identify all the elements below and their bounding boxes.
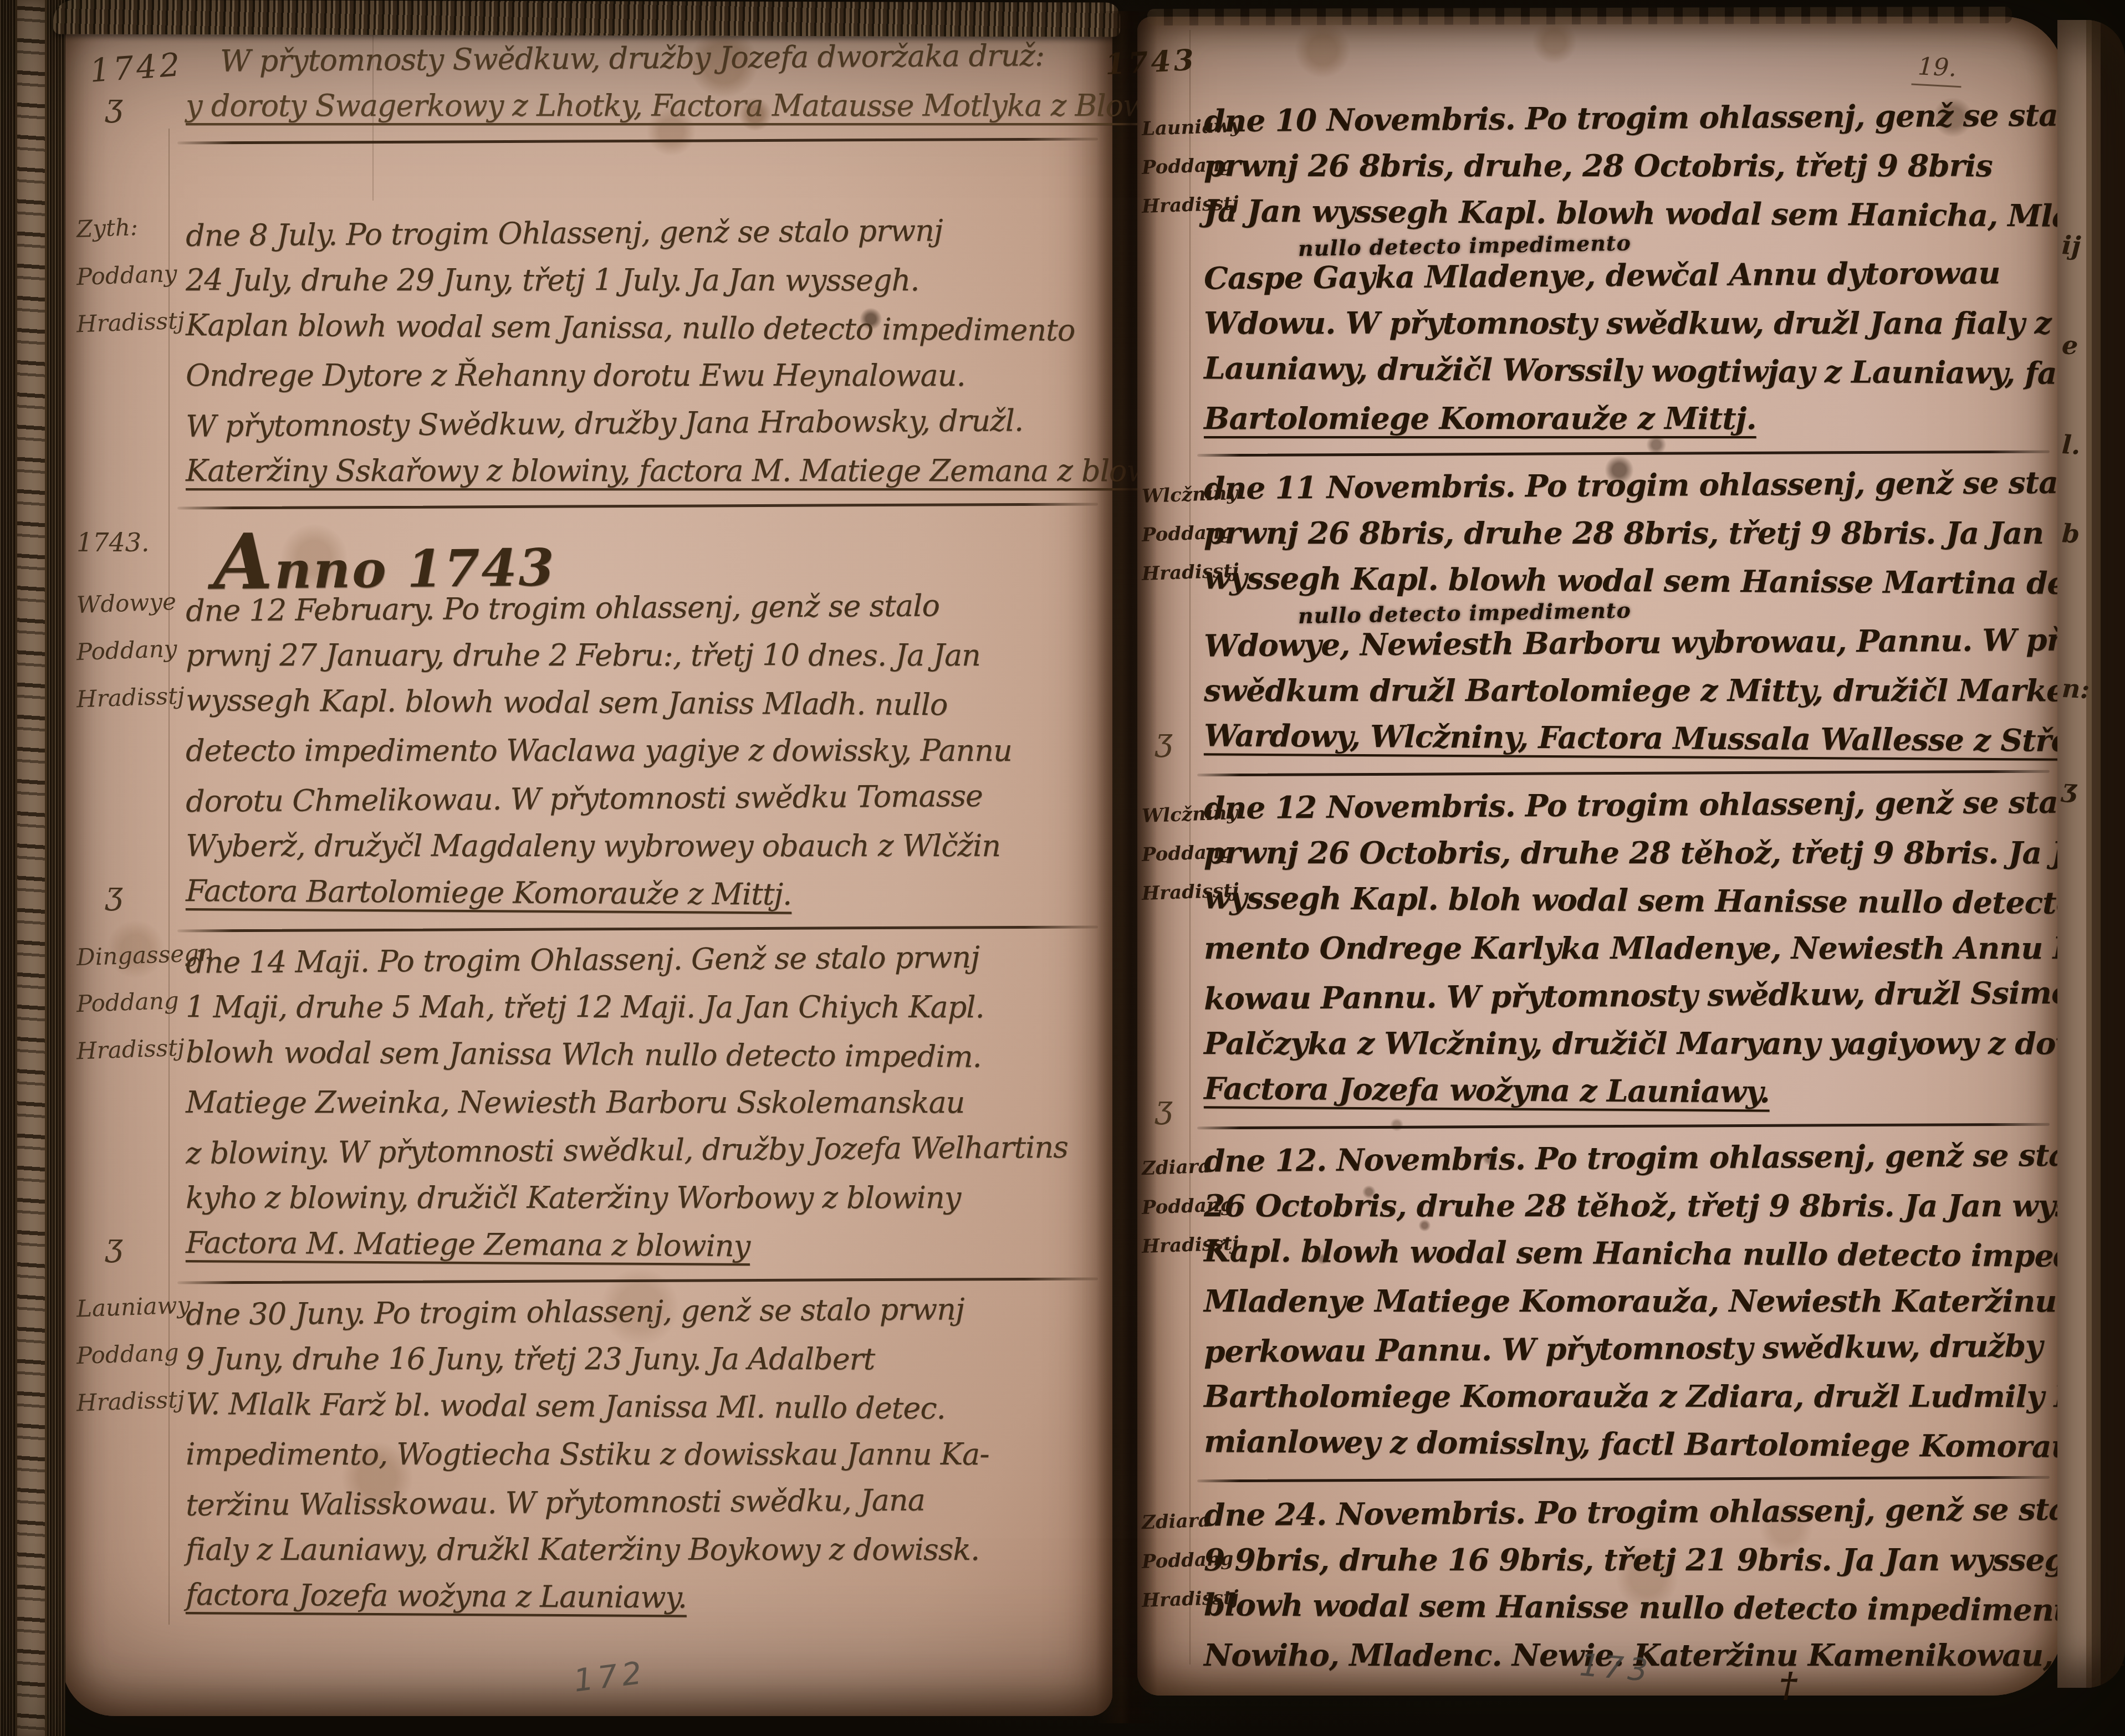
entry-lines: dne 8 July. Po trogim Ohlassenj, genž se…	[186, 209, 1112, 495]
register-entry: WlcžninyPoddangHradisstjʒdne 11 Novembri…	[1142, 462, 2064, 762]
folio-number: 19.	[1911, 52, 1963, 88]
entry-lines: dne 12. Novembris. Po trogim ohlassenj, …	[1204, 1134, 2064, 1468]
entry-line: dne 30 Juny. Po trogim ohlassenj, genž s…	[186, 1284, 1113, 1339]
entry-line: 26 Octobris, druhe 28 těhož, třetj 9 8br…	[1204, 1182, 2064, 1230]
register-entry: Zyth:PoddanyHradisstjdne 8 July. Po trog…	[72, 209, 1112, 495]
entry-line: dne 24. Novembris. Po trogim ohlassenj, …	[1204, 1486, 2065, 1539]
entry-line: Wdowye, Newiesth Barboru wybrowau, Pannu…	[1204, 616, 2065, 670]
margin-place-note: Hradisstj	[76, 1386, 185, 1417]
entry-line: wyssegh Kapl. blowh wodal sem Janiss Mla…	[186, 677, 1112, 730]
margin-mark: ʒ	[1155, 722, 1173, 758]
top-page-edges-right	[1147, 7, 2012, 25]
register-entry: LauniawyPoddangHradisstjdne 10 Novembris…	[1142, 94, 2064, 442]
entry-line: Mladenye Matiege Komorauža, Newiesth Kat…	[1204, 1277, 2064, 1325]
entry-line: Factora Bartolomiege Komorauže z Mittj.	[186, 867, 1112, 920]
entry-line: dne 14 Maji. Po trogim Ohlassenj. Genž s…	[186, 933, 1113, 987]
entry-line: mianlowey z domisslny, factl Bartolomieg…	[1204, 1417, 2064, 1470]
entry-lines: dne 12 Novembris. Po trogim ohlassenj, g…	[1204, 781, 2064, 1115]
fore-edge-ink-fragment: ij	[2061, 230, 2082, 261]
fore-edge-ink-fragment: n:	[2061, 673, 2091, 705]
entry-line: Bartolomiege Komorauže z Mittj.	[1204, 395, 2064, 442]
entry-line: blowh wodal sem Janissa Wlch nullo detec…	[186, 1028, 1112, 1082]
left-page: 1742 ʒW přytomnosty Swědkuw, družby Joze…	[62, 12, 1112, 1716]
right-page: 1743 19. LauniawyPoddangHradisstjdne 10 …	[1137, 17, 2064, 1696]
entry-lines: W přytomnosty Swědkuw, družby Jozefa dwo…	[186, 34, 1112, 130]
entry-line: 1 Maji, druhe 5 Mah, třetj 12 Maji. Ja J…	[186, 984, 1112, 1031]
margin-place-note: Zyth:	[76, 213, 139, 243]
margin-place-note: Wdowye	[76, 588, 176, 618]
entry-line: perkowau Pannu. W přytomnosty swědkuw, d…	[1204, 1322, 2065, 1376]
fore-edge-ink-fragment: ʒ	[2061, 773, 2077, 803]
entry-line: Bartholomiege Komorauža z Zdiara, družl …	[1204, 1373, 2064, 1420]
entry-separator-rule	[1197, 450, 2050, 457]
entry-line: Matiege Zweinka, Newiesth Barboru Sskole…	[186, 1079, 1112, 1126]
margin-place-note: Poddany	[76, 635, 177, 665]
entry-line: Wardowy, Wlcžniny, Factora Mussala Walle…	[1204, 711, 2064, 764]
entry-end-mark: †	[1779, 1665, 1797, 1705]
entry-line: kowau Pannu. W přytomnosty swědkuw, druž…	[1204, 969, 2065, 1023]
entry-line: Launiawy, družičl Worssily wogtiwjay z L…	[1204, 344, 2064, 397]
page-right-entries: LauniawyPoddangHradisstjdne 10 Novembris…	[1137, 17, 2064, 1679]
year-heading: 1743.Anno 1743	[72, 512, 1112, 582]
entry-line: dne 8 July. Po trogim Ohlassenj, genž se…	[186, 206, 1113, 260]
entry-separator-rule	[177, 137, 1098, 144]
year-label-right: 1743	[1105, 43, 1198, 82]
entry-line: blowh wodal sem Hanisse nullo detecto im…	[1204, 1581, 2064, 1633]
entry-line: prwnj 26 8bris, druhe 28 8bris, třetj 9 …	[1204, 509, 2064, 557]
entry-lines: dne 10 Novembris. Po trogim ohlassenj, g…	[1204, 94, 2064, 442]
year-label-left: 1742	[89, 45, 184, 90]
entry-lines: dne 12 February. Po trogim ohlassenj, ge…	[186, 584, 1112, 918]
entry-line: z blowiny. W přytomnosti swědkul, družby…	[186, 1123, 1113, 1177]
fore-edge-ink-fragment: e	[2061, 330, 2079, 360]
margin-place-note: Hradisstj	[76, 307, 185, 338]
entry-line: 24 July, druhe 29 Juny, třetj 1 July. Ja…	[186, 257, 1112, 304]
entry-line: dne 10 Novembris. Po trogim ohlassenj, g…	[1204, 91, 2065, 145]
entry-line: Kapl. blowh wodal sem Hanicha nullo dete…	[1204, 1227, 2064, 1279]
entry-separator-rule	[1197, 1123, 2050, 1130]
register-entry: ʒW přytomnosty Swědkuw, družby Jozefa dw…	[72, 34, 1112, 130]
register-entry: ZdiaraPoddangHradisstjdne 12. Novembris.…	[1142, 1134, 2064, 1468]
entry-separator-rule	[177, 1277, 1098, 1284]
margin-place-note: Poddang	[76, 987, 179, 1017]
register-entry: DingassegnPoddangHradisstjʒdne 14 Maji. …	[72, 936, 1112, 1269]
fore-edge-pages: ij e l. b n: ʒ	[2057, 20, 2125, 1688]
margin-place-note: Hradisstj	[76, 1034, 185, 1065]
entry-line: W. Mlalk Farž bl. wodal sem Janissa Ml. …	[186, 1380, 1112, 1433]
entry-line: 9 Juny, druhe 16 Juny, třetj 23 Juny. Ja…	[186, 1335, 1112, 1383]
entry-line: prwnj 26 8bris, druhe, 28 Octobris, třet…	[1204, 142, 2064, 190]
entry-line: Ondrege Dytore z Řehanny dorotu Ewu Heyn…	[186, 352, 1112, 400]
entry-line: kyho z blowiny, družičl Kateržiny Worbow…	[186, 1174, 1112, 1222]
margin-mark: ʒ	[105, 88, 123, 124]
entry-line: mento Ondrege Karlyka Mladenye, Newiesth…	[1204, 924, 2064, 972]
top-page-edges	[53, 0, 1120, 37]
entry-line: teržinu Walisskowau. W přytomnosti swědk…	[186, 1475, 1113, 1529]
register-entry: WdowyePoddanyHradisstjʒdne 12 February. …	[72, 584, 1112, 918]
entry-line: W přytomnosty Swědkuw, družby Jozefa dwo…	[220, 31, 1113, 85]
register-entry: LauniawyPoddangHradisstjdne 30 Juny. Po …	[72, 1288, 1112, 1621]
margin-place-note: Poddang	[76, 1339, 179, 1369]
entry-line: Palčzyka z Wlcžniny, družičl Maryany yag…	[1204, 1020, 2064, 1067]
entry-line: prwnj 27 January, druhe 2 Febru:, třetj …	[186, 632, 1112, 679]
entry-line: Kaplan blowh wodal sem Janissa, nullo de…	[186, 301, 1112, 355]
entry-line: factora Jozefa wožyna z Launiawy.	[186, 1571, 1112, 1624]
margin-place-note: Zdiara	[1141, 1509, 1210, 1534]
entry-line: dne 12 February. Po trogim ohlassenj, ge…	[186, 581, 1113, 635]
entry-separator-rule	[177, 925, 1098, 932]
entry-line: dne 12. Novembris. Po trogim ohlassenj, …	[1204, 1131, 2065, 1185]
register-entry: WlcžninyPoddangHradisstjʒdne 12 Novembri…	[1142, 781, 2064, 1115]
fore-edge-ink-fragment: l.	[2061, 429, 2081, 460]
margin-year-label: 1743.	[76, 528, 150, 557]
entry-lines: dne 14 Maji. Po trogim Ohlassenj. Genž s…	[186, 936, 1112, 1269]
entry-line: Caspe Gayka Mladenye, dewčal Annu dytoro…	[1204, 249, 2065, 303]
page-left-entries: ʒW přytomnosty Swědkuw, družby Jozefa dw…	[62, 12, 1112, 1621]
entry-line: Wyberž, družyčl Magdaleny wybrowey obauc…	[186, 822, 1112, 870]
entry-line: wyssegh Kapl. bloh wodal sem Hanisse nul…	[1204, 874, 2064, 926]
entry-line: Wdowu. W přytomnosty swědkuw, družl Jana…	[1204, 299, 2064, 347]
pencil-page-number-left: 172	[572, 1655, 648, 1699]
fore-edge-ink-fragment: b	[2061, 518, 2081, 549]
page-edge-tab	[16, 0, 47, 1736]
pencil-page-number-right: 173	[1578, 1647, 1653, 1689]
margin-place-note: Zdiara	[1141, 1155, 1210, 1180]
entry-line: Factora M. Matiege Zemana z blowiny	[186, 1219, 1112, 1272]
margin-mark: ʒ	[105, 1227, 123, 1263]
margin-mark: ʒ	[105, 875, 123, 911]
entry-separator-rule	[1197, 1476, 2050, 1483]
register-scan-scene: 1742 ʒW přytomnosty Swědkuw, družby Joze…	[0, 0, 2125, 1736]
entry-line: impedimento, Wogtiecha Sstiku z dowisska…	[186, 1431, 1112, 1478]
entry-line: y doroty Swagerkowy z Lhotky, Factora Ma…	[186, 82, 1112, 130]
entry-lines: dne 11 Novembris. Po trogim ohlassenj, g…	[1204, 462, 2064, 762]
book-spine	[0, 0, 65, 1736]
entry-separator-rule	[1197, 770, 2050, 777]
entry-line: W přytomnosty Swědkuw, družby Jana Hrabo…	[186, 396, 1113, 450]
entry-line: prwnj 26 Octobris, druhe 28 těhož, třetj…	[1204, 829, 2064, 877]
entry-line: fialy z Launiawy, družkl Kateržiny Boyko…	[186, 1526, 1112, 1574]
entry-line: swědkum družl Bartolomiege z Mitty, druž…	[1204, 667, 2064, 714]
margin-mark: ʒ	[1155, 1089, 1173, 1125]
entry-line: dne 12 Novembris. Po trogim ohlassenj, g…	[1204, 779, 2065, 832]
entry-line: 9 9bris, druhe 16 9bris, třetj 21 9bris.…	[1204, 1536, 2064, 1584]
margin-place-note: Poddany	[76, 260, 177, 290]
entry-lines: dne 30 Juny. Po trogim ohlassenj, genž s…	[186, 1288, 1112, 1621]
margin-place-note: Launiawy	[76, 1291, 191, 1322]
entry-line: dne 11 Novembris. Po trogim ohlassenj, g…	[1204, 459, 2065, 513]
entry-line: Kateržiny Sskařowy z blowiny, factora M.…	[186, 447, 1112, 495]
entry-line: Factora Jozefa wožyna z Launiawy.	[1204, 1064, 2064, 1117]
entry-lines: dne 24. Novembris. Po trogim ohlassenj, …	[1204, 1488, 2064, 1679]
entry-line: detecto impedimento Waclawa yagiye z dow…	[186, 727, 1112, 775]
entry-line: dorotu Chmelikowau. W přytomnosti swědku…	[186, 771, 1113, 826]
margin-place-note: Hradisstj	[76, 682, 185, 713]
